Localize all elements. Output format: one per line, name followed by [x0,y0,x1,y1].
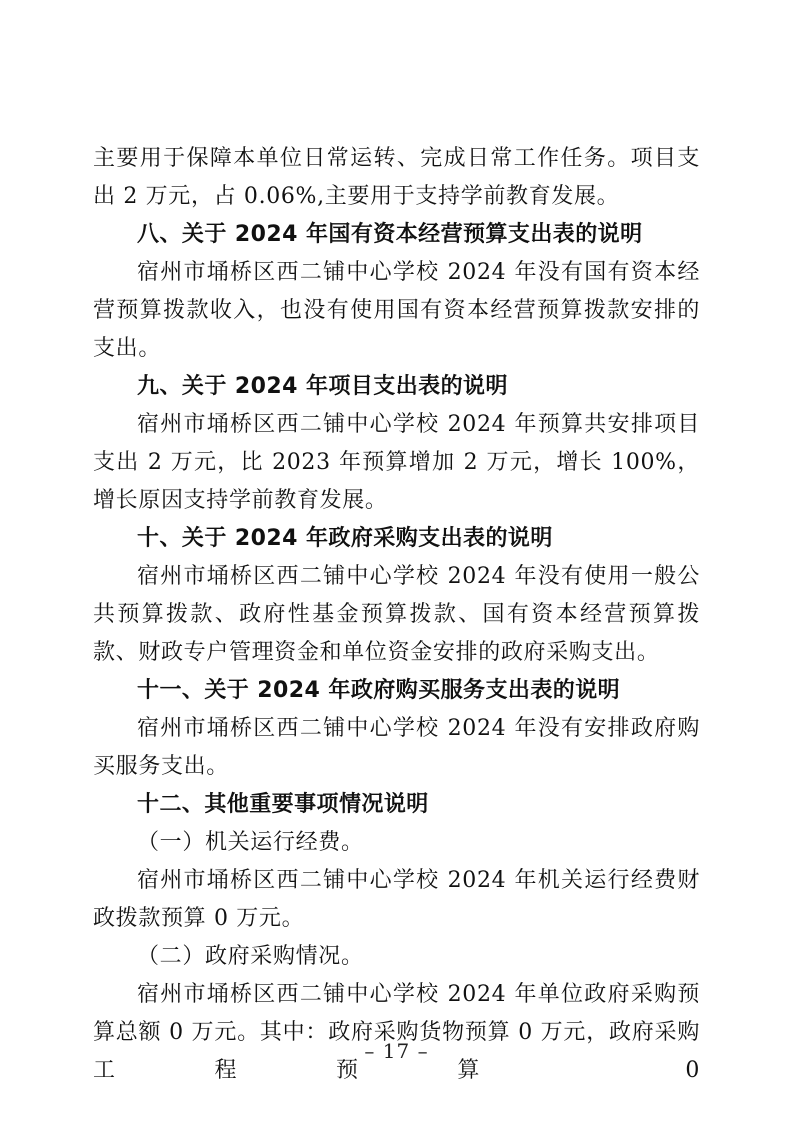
section-heading: 八、关于 2024 年国有资本经营预算支出表的说明 [93,216,700,254]
section-heading: 十、关于 2024 年政府采购支出表的说明 [93,520,700,558]
document-body: 主要用于保障本单位日常运转、完成日常工作任务。项目支出 2 万元，占 0.06%… [93,140,700,1090]
document-page: 主要用于保障本单位日常运转、完成日常工作任务。项目支出 2 万元，占 0.06%… [0,0,793,1122]
section-heading: 九、关于 2024 年项目支出表的说明 [93,368,700,406]
paragraph: 宿州市埇桥区西二铺中心学校 2024 年没有国有资本经营预算拨款收入，也没有使用… [93,254,700,368]
paragraph: 宿州市埇桥区西二铺中心学校 2024 年机关运行经费财政拨款预算 0 万元。 [93,862,700,938]
sub-item-heading: （二）政府采购情况。 [93,938,700,976]
sub-item-heading: （一）机关运行经费。 [93,824,700,862]
paragraph: 宿州市埇桥区西二铺中心学校 2024 年没有安排政府购买服务支出。 [93,710,700,786]
paragraph: 主要用于保障本单位日常运转、完成日常工作任务。项目支出 2 万元，占 0.06%… [93,140,700,216]
paragraph: 宿州市埇桥区西二铺中心学校 2024 年预算共安排项目支出 2 万元，比 202… [93,406,700,520]
paragraph: 宿州市埇桥区西二铺中心学校 2024 年没有使用一般公共预算拨款、政府性基金预算… [93,558,700,672]
paragraph: 宿州市埇桥区西二铺中心学校 2024 年单位政府采购预算总额 0 万元。其中：政… [93,976,700,1090]
page-number: – 17 – [0,1036,793,1066]
section-heading: 十二、其他重要事项情况说明 [93,786,700,824]
section-heading: 十一、关于 2024 年政府购买服务支出表的说明 [93,672,700,710]
